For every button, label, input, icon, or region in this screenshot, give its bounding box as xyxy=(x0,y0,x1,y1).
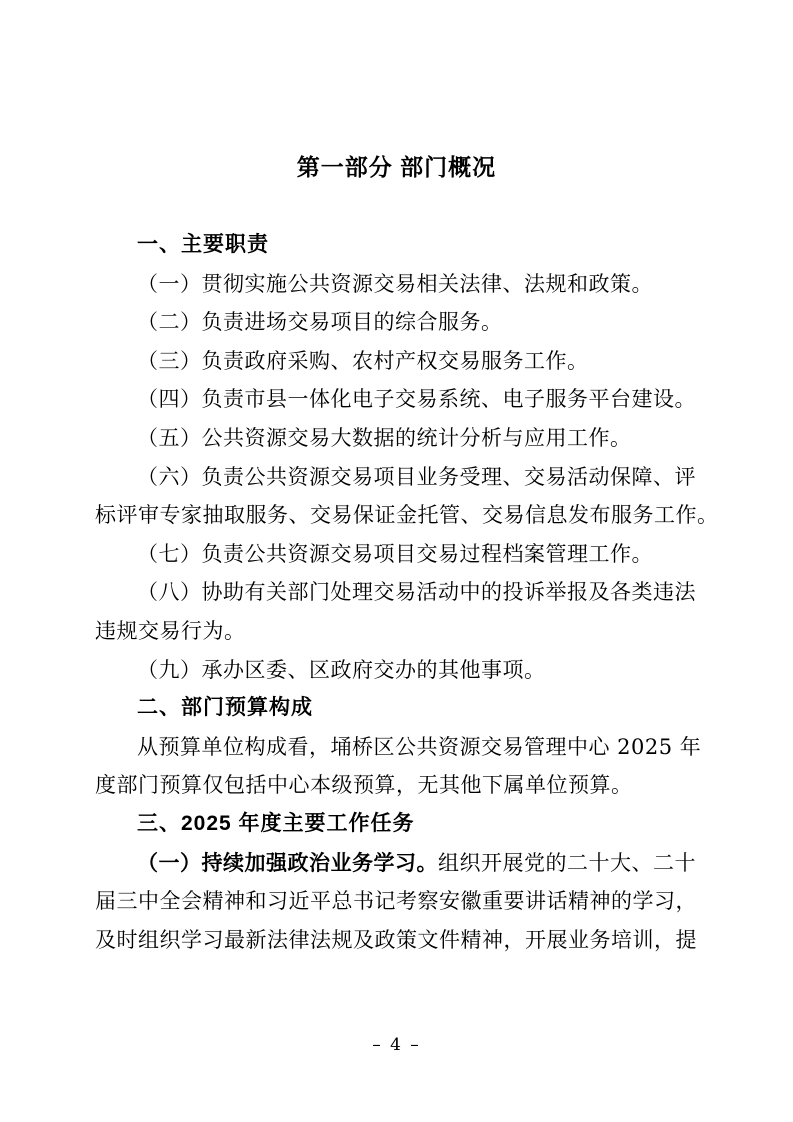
bold-lead-text: （一）持续加强政治业务学习。 xyxy=(137,852,438,875)
paragraph-line: 从预算单位构成看，埇桥区公共资源交易管理中心 2025 年 xyxy=(95,728,705,767)
list-item-line: （六）负责公共资源交易项目业务受理、交易活动保障、评 xyxy=(95,458,705,497)
page-number: – 4 – xyxy=(0,1035,793,1055)
section-heading-2025-tasks: 三、2025 年度主要工作任务 xyxy=(95,805,705,844)
list-item-line: （二）负责进场交易项目的综合服务。 xyxy=(95,303,705,342)
list-item-continuation-line: 违规交易行为。 xyxy=(95,612,705,651)
list-item-line: （七）负责公共资源交易项目交易过程档案管理工作。 xyxy=(95,535,705,574)
list-item-line: （五）公共资源交易大数据的统计分析与应用工作。 xyxy=(95,419,705,458)
paragraph-continuation-line: 及时组织学习最新法律法规及政策文件精神，开展业务培训，提 xyxy=(95,921,705,960)
list-item-line: （九）承办区委、区政府交办的其他事项。 xyxy=(95,651,705,690)
list-item-line: （四）负责市县一体化电子交易系统、电子服务平台建设。 xyxy=(95,380,705,419)
paragraph-line-with-lead: （一）持续加强政治业务学习。组织开展党的二十大、二十 xyxy=(95,844,705,883)
paragraph-text: 组织开展党的二十大、二十 xyxy=(438,851,696,875)
document-page: 第一部分 部门概况 一、主要职责 （一）贯彻实施公共资源交易相关法律、法规和政策… xyxy=(0,0,793,1122)
section-heading-main-duties: 一、主要职责 xyxy=(95,226,705,265)
list-item-line: （八）协助有关部门处理交易活动中的投诉举报及各类违法 xyxy=(95,573,705,612)
paragraph-continuation-line: 度部门预算仅包括中心本级预算，无其他下属单位预算。 xyxy=(95,766,705,805)
list-item-line: （三）负责政府采购、农村产权交易服务工作。 xyxy=(95,342,705,381)
page-title: 第一部分 部门概况 xyxy=(0,149,793,182)
list-item-continuation-line: 标评审专家抽取服务、交易保证金托管、交易信息发布服务工作。 xyxy=(95,496,705,535)
list-item-line: （一）贯彻实施公共资源交易相关法律、法规和政策。 xyxy=(95,265,705,304)
document-body: 一、主要职责 （一）贯彻实施公共资源交易相关法律、法规和政策。 （二）负责进场交… xyxy=(95,226,705,959)
paragraph-continuation-line: 届三中全会精神和习近平总书记考察安徽重要讲话精神的学习， xyxy=(95,882,705,921)
section-heading-budget-composition: 二、部门预算构成 xyxy=(95,689,705,728)
